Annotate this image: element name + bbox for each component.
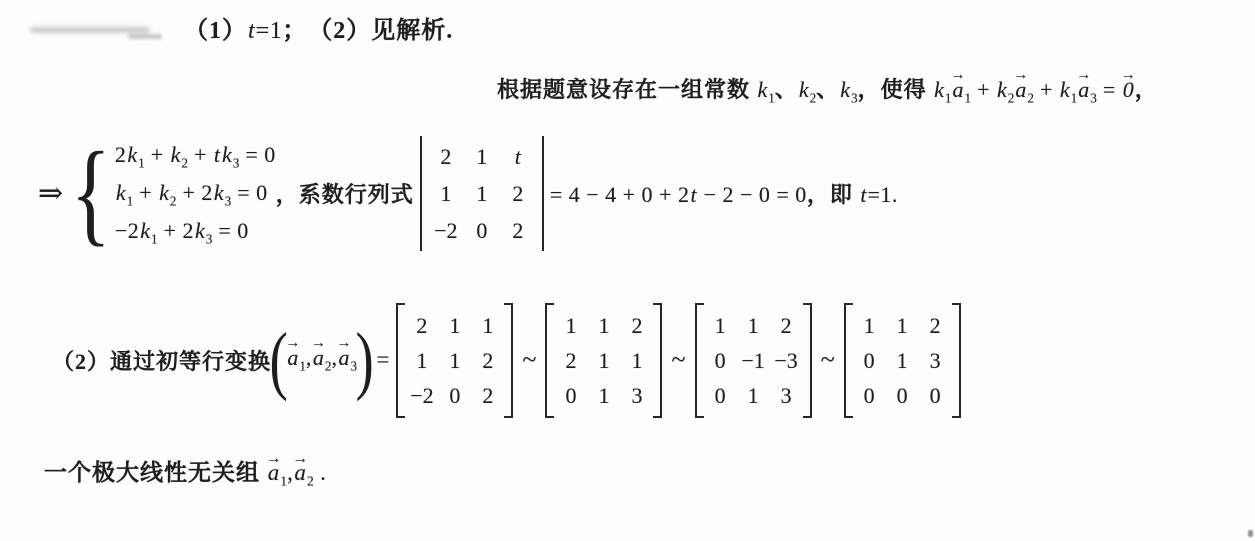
matrix-row: 112 [554, 308, 653, 343]
matrix-cell: 0 [704, 343, 737, 378]
matrix-cell: 2 [471, 343, 504, 378]
math-token: k [996, 77, 1008, 102]
matrix-cell: 1 [438, 343, 471, 378]
matrix-cell: 2 [554, 343, 587, 378]
math-token: + [188, 142, 213, 167]
math-token: 、 [775, 77, 798, 102]
math-token: = 0 [212, 218, 248, 243]
matrix-cell: 2 [500, 212, 536, 249]
matrix-cell: 1 [587, 343, 620, 378]
subscript: 1 [1071, 90, 1078, 105]
answer-text: （1）t=1； （2）见解析. [184, 10, 453, 45]
matrix-cell: 0 [919, 378, 952, 413]
setup-equation: 根据题意设存在一组常数 k1、k2、k3，使得 k1a1 + k2a2 + k1… [497, 73, 1158, 106]
matrix-cell: 3 [770, 378, 803, 413]
math-token: k [194, 218, 206, 243]
tuple-close-paren: ) [356, 328, 374, 393]
vector-a2: a [1014, 77, 1027, 103]
matrix-row: 013 [853, 343, 952, 378]
math-token: + [133, 180, 158, 205]
matrix-cell: 1 [438, 308, 471, 343]
vector-a3: a [338, 345, 351, 371]
scanned-math-solution-page: （1）t=1； （2）见解析. 根据题意设存在一组常数 k1、k2、k3，使得 … [0, 0, 1255, 541]
math-token: k [158, 180, 170, 205]
vector-0: 0 [1122, 77, 1135, 103]
matrix-cell: 0 [853, 343, 886, 378]
matrix-cell: 1 [704, 308, 737, 343]
matrix-cell: 2 [919, 308, 952, 343]
matrix-cell: 1 [853, 308, 886, 343]
subscript: 2 [1027, 90, 1034, 105]
scan-smudge-small [128, 34, 162, 39]
matrix-cell: 1 [464, 138, 500, 175]
row-equivalent-symbol: ~ [821, 345, 835, 375]
matrix-row: 112 [704, 308, 803, 343]
matrix-1: 211112−202 [396, 303, 513, 418]
matrix-cell: 3 [919, 343, 952, 378]
matrix-4: 112013000 [844, 303, 961, 418]
math-token: k [126, 142, 138, 167]
matrix-row: 112 [405, 343, 504, 378]
matrix-row: 112 [853, 308, 952, 343]
matrix-cell: 2 [471, 378, 504, 413]
math-token: k [757, 77, 769, 102]
matrix-row: 21t [428, 138, 536, 175]
math-token: k [139, 218, 151, 243]
matrix-cell: 2 [620, 308, 653, 343]
conclusion-line: 一个极大线性无关组 a1,a2 . [44, 454, 326, 490]
matrix-2: 112211013 [545, 303, 662, 418]
row-equivalent-symbol: ~ [671, 345, 685, 375]
matrix-row: −202 [405, 378, 504, 413]
math-token: ， [1135, 77, 1158, 102]
system-equation-2: k1 + k2 + 2k3 = 0 [115, 174, 276, 212]
matrix-cell: −1 [737, 343, 770, 378]
subscript: 2 [325, 359, 332, 374]
math-token: =1 [256, 18, 283, 44]
math-token: k [798, 77, 810, 102]
math-token: （1） [184, 18, 247, 44]
matrix-cell: −2 [428, 212, 464, 249]
math-token: t [689, 182, 697, 207]
matrix-cell: 0 [853, 378, 886, 413]
coefficient-determinant: 21t112−202 [420, 136, 544, 251]
derivation-line: ⇒ { 2k1 + k2 + tk3 = 0 k1 + k2 + 2k3 = 0… [38, 131, 898, 255]
vector-a1: a [286, 345, 299, 371]
matrix-cell: 0 [438, 378, 471, 413]
math-token: k [213, 180, 225, 205]
math-token: = 4 − 4 + 0 + 2 [550, 182, 690, 207]
matrix-cell: 1 [554, 308, 587, 343]
equals-sign: = [376, 347, 389, 373]
matrix-row: 013 [704, 378, 803, 413]
math-token: −2 [115, 218, 139, 243]
math-token: + [145, 142, 170, 167]
matrix-cell: 2 [500, 175, 536, 212]
system-equation-3: −2k1 + 2k3 = 0 [115, 212, 276, 250]
coefficient-determinant-label: ，系数行列式 [276, 178, 414, 209]
math-token: 根据题意设存在一组常数 [497, 77, 757, 102]
math-token: =1. [867, 182, 897, 207]
math-token: = 0 [239, 142, 275, 167]
math-token: t [213, 142, 221, 167]
row-reduction-line: （2）通过初等行变换 ( a1,a2,a3 ) = 211112−202 ~ 1… [52, 296, 964, 424]
part2-label: （2）通过初等行变换 [52, 345, 271, 376]
math-token: = [1097, 77, 1122, 102]
setup-line: 根据题意设存在一组常数 k1、k2、k3，使得 k1a1 + k2a2 + k1… [497, 73, 1158, 106]
matrix-row: 112 [428, 175, 536, 212]
math-token: ，使得 [858, 77, 934, 102]
matrix-cell: 3 [620, 378, 653, 413]
math-token: = 0 [231, 180, 267, 205]
math-token: k [115, 180, 127, 205]
matrix-row: 211 [405, 308, 504, 343]
matrix-row: 0−1−3 [704, 343, 803, 378]
subscript: 3 [1090, 90, 1097, 105]
math-token: ，即 [807, 182, 860, 207]
matrix-cell: 0 [886, 378, 919, 413]
matrix-cell: 1 [737, 378, 770, 413]
vector-a3: a [1077, 77, 1090, 103]
system-equation-1: 2k1 + k2 + tk3 = 0 [115, 136, 276, 174]
determinant-expansion: = 4 − 4 + 0 + 2t − 2 − 0 = 0，即 t=1. [550, 178, 898, 209]
matrix-3: 1120−1−3013 [695, 303, 812, 418]
matrix-cell: −2 [405, 378, 438, 413]
matrix-cell: 1 [886, 308, 919, 343]
matrix-cell: 1 [471, 308, 504, 343]
vector-a2: a [293, 460, 307, 486]
subscript: 1 [151, 231, 158, 246]
matrix-cell: 1 [587, 308, 620, 343]
matrix-cell: 1 [587, 378, 620, 413]
subscript: 1 [768, 90, 775, 105]
subscript: 2 [1008, 90, 1015, 105]
matrix-cell: t [500, 138, 536, 175]
matrix-cell: 1 [737, 308, 770, 343]
subscript: 3 [851, 90, 858, 105]
matrix-cell: 1 [886, 343, 919, 378]
math-token: k [933, 77, 945, 102]
math-token: 2 [115, 142, 127, 167]
subscript: 1 [945, 90, 952, 105]
matrix-cell: 1 [620, 343, 653, 378]
matrix-row: 013 [554, 378, 653, 413]
subscript: 1 [299, 359, 306, 374]
math-token: + 2 [158, 218, 194, 243]
math-token: + [1034, 77, 1059, 102]
math-token: + 2 [176, 180, 212, 205]
matrix-cell: 2 [428, 138, 464, 175]
vector-tuple: a1,a2,a3 [286, 345, 357, 374]
answer-line: （1）t=1； （2）见解析. [184, 10, 453, 45]
matrix-cell: 1 [405, 343, 438, 378]
matrix-row: −202 [428, 212, 536, 249]
row-equivalent-symbol: ~ [522, 345, 536, 375]
matrix-cell: 2 [770, 308, 803, 343]
matrix-cell: 0 [464, 212, 500, 249]
subscript: 2 [181, 155, 188, 170]
matrix-row: 211 [554, 343, 653, 378]
math-token: 一个极大线性无关组 [44, 460, 267, 485]
math-token: k [221, 142, 233, 167]
matrix-row: 000 [853, 378, 952, 413]
subscript: 1 [138, 155, 145, 170]
math-token: k [1059, 77, 1071, 102]
math-token: k [170, 142, 182, 167]
system-left-brace: { [71, 135, 111, 251]
matrix-cell: −3 [770, 343, 803, 378]
math-token: t [247, 18, 256, 44]
vector-a1: a [952, 77, 965, 103]
matrix-cell: 0 [704, 378, 737, 413]
matrix-cell: 1 [428, 175, 464, 212]
vector-a2: a [312, 345, 325, 371]
vector-a1: a [267, 460, 281, 486]
math-token: k [839, 77, 851, 102]
matrix-cell: 2 [405, 308, 438, 343]
math-token: （2）通过初等行变换 [52, 349, 271, 374]
math-token: 、 [816, 77, 839, 102]
matrix-cell: 0 [554, 378, 587, 413]
conclusion-text: 一个极大线性无关组 a1,a2 . [44, 454, 326, 490]
subscript: 2 [307, 474, 314, 489]
math-token: . [314, 460, 327, 485]
scan-speck [1248, 530, 1253, 537]
scan-smudge [30, 27, 150, 33]
math-token: ； （2）见解析. [282, 18, 453, 44]
math-token: − 2 − 0 = 0 [698, 182, 807, 207]
matrix-cell: 1 [464, 175, 500, 212]
equation-system: 2k1 + k2 + tk3 = 0 k1 + k2 + 2k3 = 0 −2k… [115, 136, 276, 250]
implies-arrow-icon: ⇒ [38, 176, 63, 211]
math-token: + [971, 77, 996, 102]
